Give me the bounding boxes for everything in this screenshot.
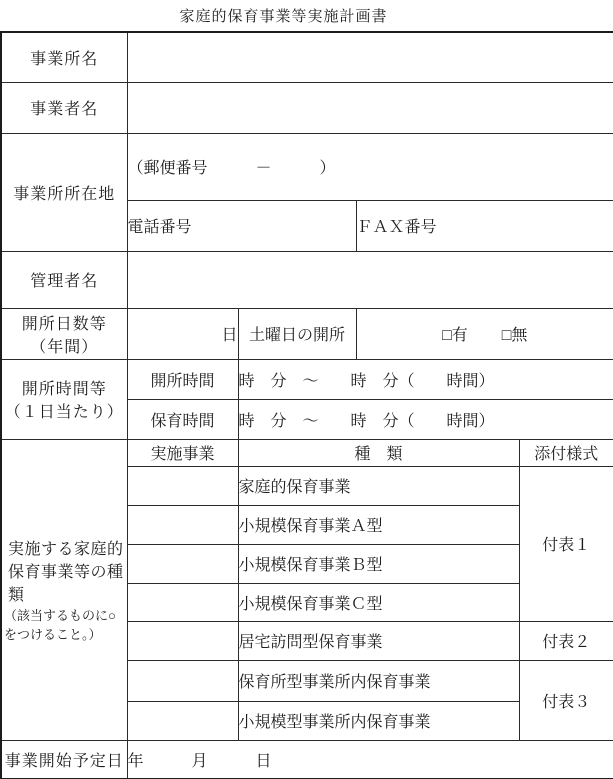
attachment-column-header: 添付様式 [519,439,613,466]
form-table: 事業所名 事業者名 事業所所在地 （郵便番号 － ） 電話番号 ＦＡＸ番号 管理… [0,31,613,779]
saturday-open-options: □有□無 [356,308,613,359]
mark-cell-shokibo-gata[interactable] [127,701,238,740]
business-types-label-note: （該当するものに○ をつけること。） [2,605,127,643]
fax-number-field[interactable]: ＦＡＸ番号 [356,200,613,251]
operator-name-label: 事業者名 [1,82,127,133]
mark-cell-kateiteki[interactable] [127,466,238,505]
kind-column-header: 種 類 [238,439,519,466]
mark-cell-shokibo-c[interactable] [127,583,238,621]
open-days-label: 開所日数等 （年間） [1,308,127,359]
mark-cell-kyotaku[interactable] [127,621,238,660]
start-date-field[interactable]: 年 月 日 [127,740,613,779]
childcare-time-label: 保育時間 [127,399,238,439]
open-days-field[interactable]: 日 [127,308,238,359]
start-date-label: 事業開始予定日 [1,740,127,779]
attachment-fuhyo2: 付表２ [519,621,613,660]
manager-name-label: 管理者名 [1,251,127,308]
kind-kyotaku: 居宅訪問型保育事業 [238,621,519,660]
operator-name-field[interactable] [127,82,613,133]
open-hours-label: 開所時間等 （１日当たり） [1,359,127,439]
attachment-fuhyo1: 付表１ [519,466,613,621]
attachment-fuhyo3: 付表３ [519,660,613,740]
kind-shokibo-c: 小規模保育事業Ｃ型 [238,583,519,621]
business-types-label: 実施する家庭的 保育事業等の種 類 （該当するものに○ をつけること。） [1,439,127,740]
saturday-open-label: 土曜日の開所 [238,308,356,359]
kind-shokibo-a: 小規模保育事業Ａ型 [238,505,519,544]
manager-name-field[interactable] [127,251,613,308]
form-title: 家庭的保育事業等実施計画書 [0,0,590,31]
kind-shokibo-b: 小規模保育事業Ｂ型 [238,544,519,583]
mark-cell-shokibo-a[interactable] [127,505,238,544]
kind-shokibo-gata: 小規模型事業所内保育事業 [238,701,519,740]
opening-time-label: 開所時間 [127,359,238,399]
opening-time-field[interactable]: 時 分 ～ 時 分（ 時間） [238,359,613,399]
implement-column-header: 実施事業 [127,439,238,466]
kind-hoikusho-gata: 保育所型事業所内保育事業 [238,660,519,701]
mark-cell-hoikusho-gata[interactable] [127,660,238,701]
implementation-plan-form: 家庭的保育事業等実施計画書 事業所名 事業者名 事業所所在地 （郵便番号 － ）… [0,0,613,779]
address-label: 事業所所在地 [1,133,127,251]
postal-code-field[interactable]: （郵便番号 － ） [127,133,613,200]
office-name-label: 事業所名 [1,32,127,82]
saturday-yes-checkbox[interactable]: □有 [442,322,468,345]
phone-number-field[interactable]: 電話番号 [127,200,356,251]
mark-cell-shokibo-b[interactable] [127,544,238,583]
childcare-time-field[interactable]: 時 分 ～ 時 分（ 時間） [238,399,613,439]
saturday-no-checkbox[interactable]: □無 [502,322,528,345]
kind-kateiteki: 家庭的保育事業 [238,466,519,505]
office-name-field[interactable] [127,32,613,82]
business-types-label-main: 実施する家庭的 保育事業等の種 類 [2,536,127,605]
